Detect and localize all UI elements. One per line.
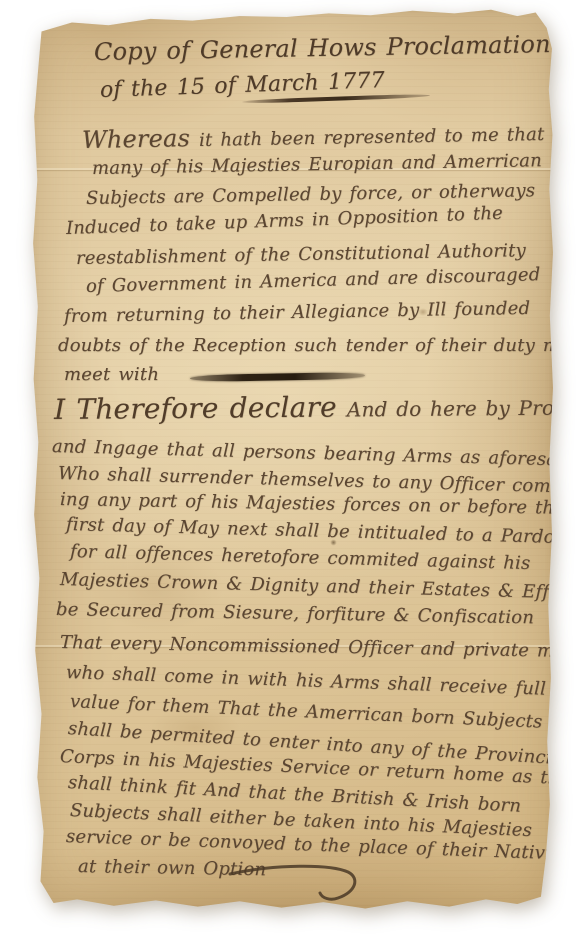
manuscript-line: of Government in America and are discour… [86,264,541,297]
title-line-1: Copy of General Hows Proclamation [94,30,551,66]
paper-sheet: Copy of General Hows Proclamation of the… [30,8,554,913]
manuscript-line: meet with [64,364,159,385]
manuscript-line: be Secured from Siesure, forfiture & Con… [56,599,534,628]
photo-background: Copy of General Hows Proclamation of the… [0,0,580,943]
manuscript-line: for all offences heretofore commited aga… [70,541,531,574]
ink-flourish [226,860,376,910]
manuscript-line: from returning to their Allegiance by Il… [64,298,531,327]
manuscript-line: doubts of the Reception such tender of t… [58,335,580,356]
manuscript-line-text: it hath been represented to me that [199,124,545,151]
manuscript-line-lead: Whereas [82,124,191,154]
manuscript-line: I Therefore declareAnd do here by Promis… [54,388,580,426]
ink-dash-bold [190,372,365,382]
manuscript-line-text: And do here by Promise [347,395,580,421]
manuscript-line: Whereasit hath been represented to me th… [82,118,545,154]
manuscript-line-lead: I Therefore declare [54,391,337,426]
manuscript-line: Majesties Crown & Dignity and their Esta… [60,569,580,604]
manuscript-page: Copy of General Hows Proclamation of the… [30,8,554,913]
manuscript-line: reestablishment of the Constitutional Au… [76,240,526,269]
manuscript-line: That every Noncommissioned Officer and p… [60,632,577,662]
manuscript-line: many of his Majesties Europian and Amerr… [92,150,542,179]
